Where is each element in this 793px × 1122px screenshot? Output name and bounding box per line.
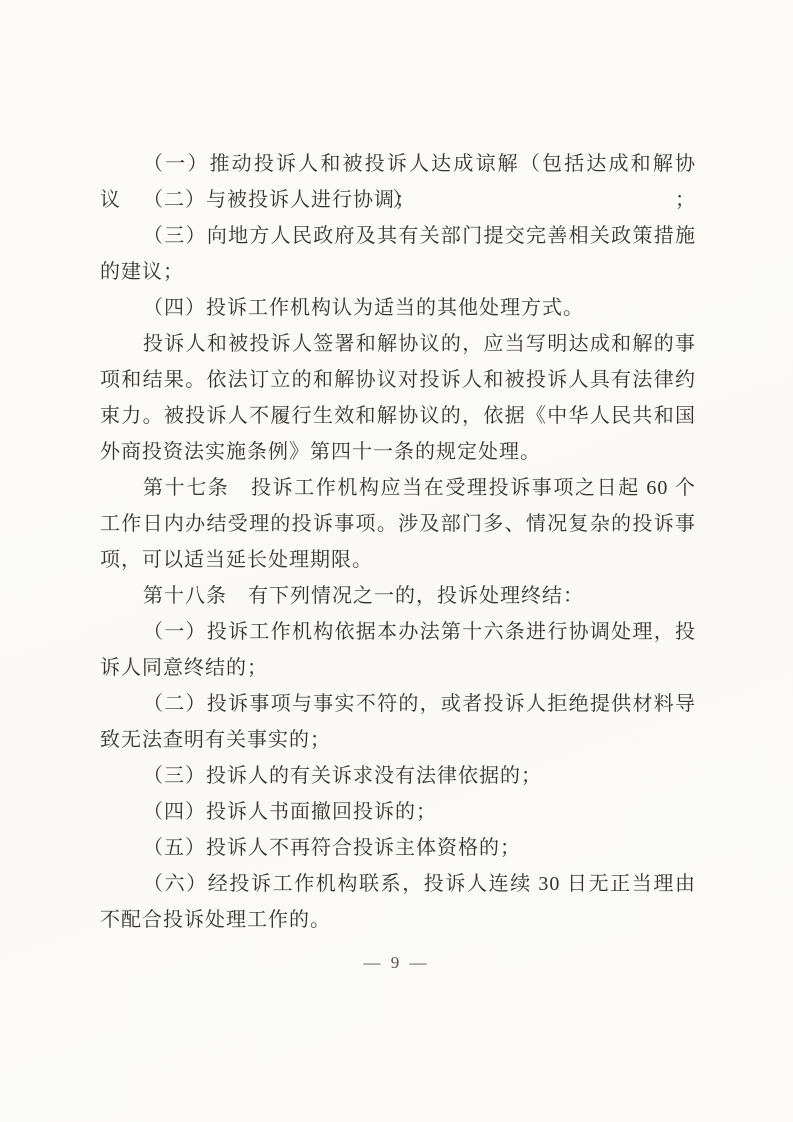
text-line: 不配合投诉处理工作的。 [100, 902, 696, 938]
text-line: （三）投诉人的有关诉求没有法律依据的； [100, 758, 696, 794]
text-line: 外商投资法实施条例》第四十一条的规定处理。 [100, 434, 696, 470]
text-line: 第十八条 有下列情况之一的，投诉处理终结： [100, 578, 696, 614]
text-line: （三）向地方人民政府及其有关部门提交完善相关政策措施 [100, 218, 696, 254]
page-number: — 9 — [0, 950, 793, 976]
text-line: 投诉人和被投诉人签署和解协议的，应当写明达成和解的事 [100, 326, 696, 362]
text-line: （六）经投诉工作机构联系，投诉人连续 30 日无正当理由 [100, 866, 696, 902]
text-line: 束力。被投诉人不履行生效和解协议的，依据《中华人民共和国 [100, 398, 696, 434]
text-line: 项，可以适当延长处理期限。 [100, 542, 696, 578]
text-line: 诉人同意终结的； [100, 650, 696, 686]
text-line: （五）投诉人不再符合投诉主体资格的； [100, 830, 696, 866]
text-line: 工作日内办结受理的投诉事项。涉及部门多、情况复杂的投诉事 [100, 506, 696, 542]
text-line: 第十七条 投诉工作机构应当在受理投诉事项之日起 60 个 [100, 470, 696, 506]
text-line: （一）推动投诉人和被投诉人达成谅解（包括达成和解协议）； [100, 146, 696, 182]
document-body: （一）推动投诉人和被投诉人达成谅解（包括达成和解协议）； （二）与被投诉人进行协… [100, 146, 696, 938]
text-line: （四）投诉工作机构认为适当的其他处理方式。 [100, 290, 696, 326]
document-page: （一）推动投诉人和被投诉人达成谅解（包括达成和解协议）； （二）与被投诉人进行协… [0, 0, 793, 1122]
text-line: （一）投诉工作机构依据本办法第十六条进行协调处理，投 [100, 614, 696, 650]
text-line: 致无法查明有关事实的； [100, 722, 696, 758]
text-line: 项和结果。依法订立的和解协议对投诉人和被投诉人具有法律约 [100, 362, 696, 398]
text-line: （二）投诉事项与事实不符的，或者投诉人拒绝提供材料导 [100, 686, 696, 722]
text-line: 的建议； [100, 254, 696, 290]
text-line: （四）投诉人书面撤回投诉的； [100, 794, 696, 830]
